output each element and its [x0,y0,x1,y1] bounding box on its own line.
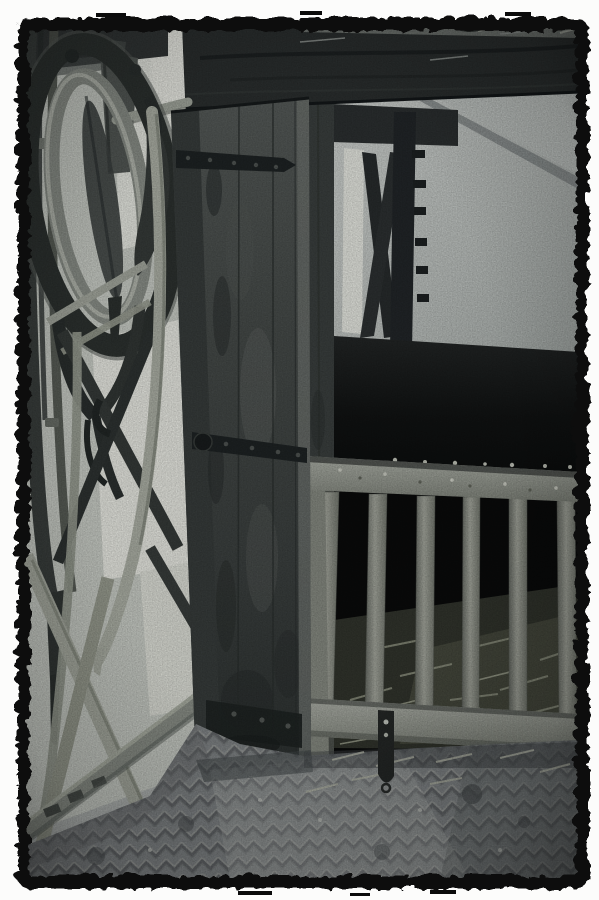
film-grain [20,21,580,880]
photo-page [0,0,599,900]
barn-photo [0,0,599,900]
